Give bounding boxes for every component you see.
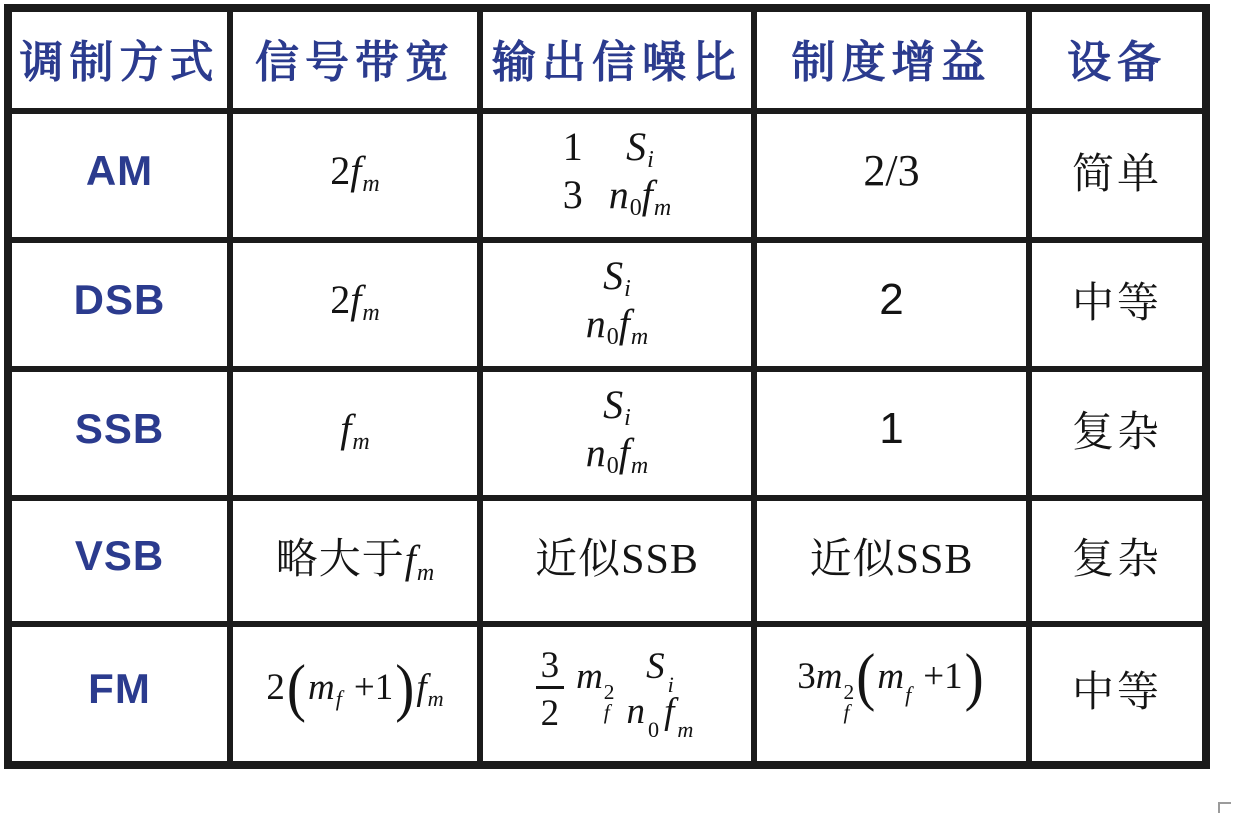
table-row-am: AM 2fm 1 3 Si n0fm 2/3 简单 bbox=[8, 111, 1206, 240]
fm-label: FM bbox=[88, 665, 151, 712]
table-row-vsb: VSB 略大于fm 近似SSB 近似SSB 复杂 bbox=[8, 498, 1206, 624]
dsb-label: DSB bbox=[74, 276, 166, 323]
dsb-snr-formula: Si n0fm bbox=[586, 256, 648, 344]
fm-device-value: 中等 bbox=[1072, 670, 1162, 716]
vsb-bandwidth-formula: 略大于fm bbox=[276, 560, 434, 577]
vsb-label-cell: VSB bbox=[8, 498, 230, 624]
am-label-cell: AM bbox=[8, 111, 230, 240]
vsb-label: VSB bbox=[75, 532, 164, 579]
am-bandwidth-cell: 2fm bbox=[230, 111, 480, 240]
am-snr-cell: 1 3 Si n0fm bbox=[480, 111, 754, 240]
table-frame: 调制方式 信号带宽 输出信噪比 制度增益 设备 AM 2fm 1 3 Si n0… bbox=[4, 4, 1210, 769]
fm-gain-formula: 3m2f(mf+1) bbox=[797, 656, 985, 697]
fm-snr-cell: 3 2 m2f Si n0fm bbox=[480, 624, 754, 765]
fm-label-cell: FM bbox=[8, 624, 230, 765]
am-label: AM bbox=[86, 147, 153, 194]
ssb-bandwidth-formula: fm bbox=[340, 406, 369, 451]
left-paren: ( bbox=[856, 653, 875, 704]
ssb-gain-cell: 1 bbox=[754, 369, 1029, 498]
header-device: 设备 bbox=[1029, 8, 1206, 111]
dsb-gain-value: 2 bbox=[879, 275, 903, 324]
vsb-device-cell: 复杂 bbox=[1029, 498, 1206, 624]
dsb-snr-cell: Si n0fm bbox=[480, 240, 754, 369]
dsb-bandwidth-formula: 2fm bbox=[330, 277, 379, 322]
table-row-ssb: SSB fm Si n0fm 1 复杂 bbox=[8, 369, 1206, 498]
vsb-snr-value: 近似SSB bbox=[535, 537, 699, 583]
ssb-snr-formula: Si n0fm bbox=[586, 385, 648, 473]
dsb-bandwidth-cell: 2fm bbox=[230, 240, 480, 369]
am-snr-formula: 1 3 Si n0fm bbox=[563, 127, 671, 215]
am-device-value: 简单 bbox=[1072, 152, 1162, 198]
left-paren: ( bbox=[287, 663, 306, 714]
vsb-gain-value: 近似SSB bbox=[810, 537, 974, 583]
right-paren: ) bbox=[965, 653, 984, 704]
dsb-device-value: 中等 bbox=[1072, 281, 1162, 327]
dsb-gain-cell: 2 bbox=[754, 240, 1029, 369]
header-row: 调制方式 信号带宽 输出信噪比 制度增益 设备 bbox=[8, 8, 1206, 111]
ssb-device-value: 复杂 bbox=[1072, 410, 1162, 456]
ssb-label: SSB bbox=[75, 405, 164, 452]
fraction-three-halves: 3 2 bbox=[536, 647, 565, 732]
ssb-gain-value: 1 bbox=[879, 404, 903, 453]
am-bandwidth-formula: 2fm bbox=[330, 148, 379, 193]
fm-bandwidth-cell: 2(mf+1)fm bbox=[230, 624, 480, 765]
vsb-bandwidth-cell: 略大于fm bbox=[230, 498, 480, 624]
ssb-snr-cell: Si n0fm bbox=[480, 369, 754, 498]
modulation-comparison-table: 调制方式 信号带宽 输出信噪比 制度增益 设备 AM 2fm 1 3 Si n0… bbox=[4, 4, 1210, 769]
m-squared-sub-f: m2f bbox=[576, 655, 614, 722]
am-gain-cell: 2/3 bbox=[754, 111, 1029, 240]
header-gain: 制度增益 bbox=[754, 8, 1029, 111]
ssb-bandwidth-cell: fm bbox=[230, 369, 480, 498]
fm-snr-formula: 3 2 m2f Si n0fm bbox=[536, 647, 699, 732]
fm-gain-cell: 3m2f(mf+1) bbox=[754, 624, 1029, 765]
right-paren: ) bbox=[395, 663, 414, 714]
dsb-label-cell: DSB bbox=[8, 240, 230, 369]
fraction-one-third: 1 3 bbox=[563, 127, 583, 215]
am-gain-value: 2/3 bbox=[863, 146, 919, 195]
dsb-device-cell: 中等 bbox=[1029, 240, 1206, 369]
fraction-si-n0fm: Si n0fm bbox=[609, 127, 671, 215]
vsb-gain-cell: 近似SSB bbox=[754, 498, 1029, 624]
ssb-device-cell: 复杂 bbox=[1029, 369, 1206, 498]
table-row-dsb: DSB 2fm Si n0fm 2 中等 bbox=[8, 240, 1206, 369]
am-device-cell: 简单 bbox=[1029, 111, 1206, 240]
header-snr: 输出信噪比 bbox=[480, 8, 754, 111]
table-row-fm: FM 2(mf+1)fm 3 2 m2f Si n0fm 3m2f(mf+1) … bbox=[8, 624, 1206, 765]
fm-device-cell: 中等 bbox=[1029, 624, 1206, 765]
vsb-device-value: 复杂 bbox=[1072, 537, 1162, 583]
ssb-label-cell: SSB bbox=[8, 369, 230, 498]
vsb-snr-cell: 近似SSB bbox=[480, 498, 754, 624]
header-modulation: 调制方式 bbox=[8, 8, 230, 111]
fraction-si-n0fm-fm: Si n0fm bbox=[627, 648, 699, 730]
fm-bandwidth-formula: 2(mf+1)fm bbox=[266, 667, 443, 708]
corner-artifact-mark bbox=[1218, 802, 1231, 813]
header-bandwidth: 信号带宽 bbox=[230, 8, 480, 111]
